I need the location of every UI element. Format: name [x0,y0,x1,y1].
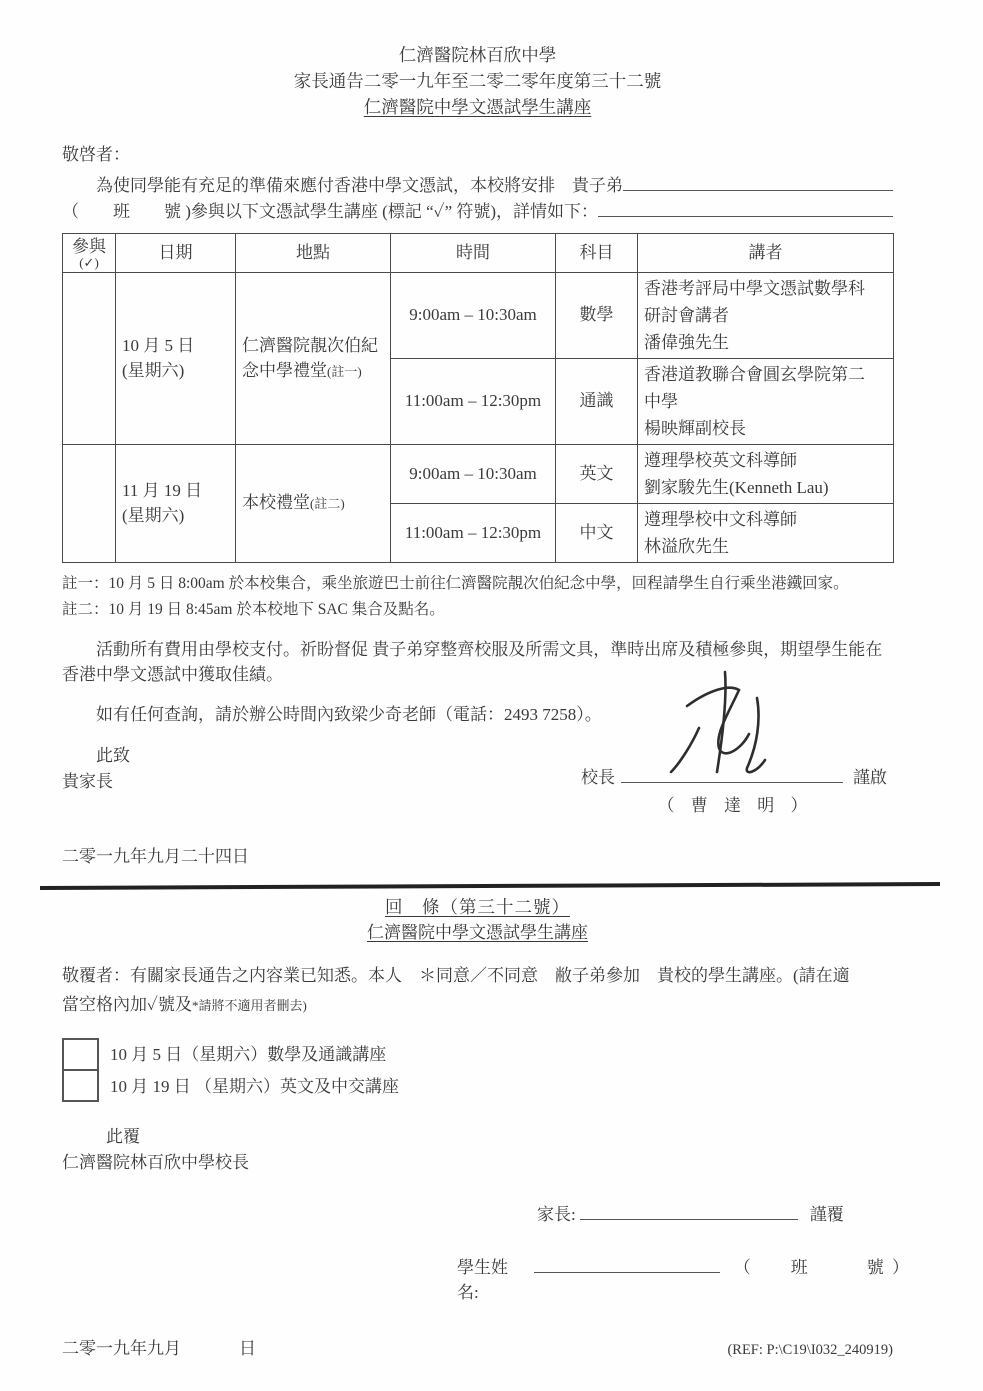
date-cell: 10 月 5 日 (星期六) [116,272,236,444]
student-name-label: 學生姓名: [457,1255,528,1306]
intro-text-2: （ 班 號 )參與以下文憑試學生講座 (標記 “✓” 符號)，詳情如下： [62,199,598,225]
footnote-2: 註二：10 月 19 日 8:45am 於本校地下 SAC 集合及點名。 [62,597,893,623]
student-name-blank[interactable] [623,172,893,191]
reply-closing-phrase: 此覆 [106,1124,893,1150]
participate-checkmark-hint: (✓) [65,256,113,270]
salutation: 敬啓者： [62,142,893,168]
header-date: 日期 [116,233,236,272]
participate-cell-oct5[interactable] [63,272,116,444]
notice-date: 二零一九年九月二十四日 [62,844,893,870]
date-cell: 11 月 19 日 (星期六) [116,444,236,562]
reply-line-2-text: 當空格內加✓號及 [62,995,192,1014]
intro-line-1: 為使同學能有充足的準備來應付香港中學文憑試，本校將安排 貴子弟 [62,172,893,199]
reply-closing-recipient: 仁濟醫院林百欣中學校長 [62,1150,893,1176]
venue-name: 本校禮堂 [242,493,310,512]
speaker-cell: 遵理學校英文科導師 劉家駿先生(Kenneth Lau) [638,444,894,503]
notice-title: 仁濟醫院中學文憑試學生講座 [62,94,893,120]
time-cell: 11:00am – 12:30pm [391,503,556,562]
student-name-line: 學生姓名: （ 班 號 ） [457,1254,907,1306]
parent-sign-line: 家長: 謹覆 [537,1201,907,1228]
checkbox-oct5-lecture[interactable] [62,1038,99,1071]
reply-slip-title: 回 條（第三十二號） [62,894,893,920]
lecture-schedule-table: 參與 (✓) 日期 地點 時間 科目 講者 10 月 5 日 (星期六) 仁濟醫… [62,233,894,563]
speaker-cell: 香港道教聯合會圓玄學院第二 中學 楊映輝副校長 [638,358,894,444]
class-number-blank[interactable] [598,198,893,217]
header-subject: 科目 [556,233,638,272]
signature-block: 校長 謹啟 （ 曹 達 明 ） [581,764,911,818]
participate-label: 參與 [65,238,113,256]
reply-line-2: 當空格內加✓號及*請將不適用者刪去) [62,990,893,1020]
header-participate: 參與 (✓) [63,233,116,272]
reply-date-prefix: 二零一九年九月 [62,1336,181,1362]
reference-code: (REF: P:\C19\I032_240919) [727,1340,893,1362]
option-row-oct19: 10 月 19 日 （星期六）英文及中交講座 [62,1071,893,1102]
parent-label: 家長: [537,1202,576,1228]
header-time: 時間 [391,233,556,272]
venue-cell: 仁濟醫院靚次伯紀念中學禮堂(註一) [236,272,391,444]
session-row: 10 月 5 日 (星期六) 仁濟醫院靚次伯紀念中學禮堂(註一) 9:00am … [63,272,894,358]
subject-cell: 數學 [556,272,638,358]
table-header-row: 參與 (✓) 日期 地點 時間 科目 講者 [63,233,894,272]
footnote-1: 註一：10 月 5 日 8:00am 於本校集合，乘坐旅遊巴士前往仁濟醫院靚次伯… [62,571,893,597]
subject-cell: 中文 [556,503,638,562]
subject-cell: 英文 [556,444,638,503]
bottom-line: 二零一九年九月 日 (REF: P:\C19\I032_240919) [62,1336,893,1362]
header-speaker: 講者 [638,233,894,272]
time-cell: 11:00am – 12:30pm [391,358,556,444]
lecture-options: 10 月 5 日（星期六）數學及通識講座 10 月 19 日 （星期六）英文及中… [62,1038,893,1102]
notice-page: 仁濟醫院林百欣中學 家長通告二零一九年至二零二零年度第三十二號 仁濟醫院中學文憑… [0,0,983,1391]
option-label-oct19: 10 月 19 日 （星期六）英文及中交講座 [110,1074,399,1100]
footnotes: 註一：10 月 5 日 8:00am 於本校集合，乘坐旅遊巴士前往仁濟醫院靚次伯… [62,571,893,623]
principal-name: （ 曹 達 明 ） [623,793,848,819]
parent-respectfully-label: 謹覆 [810,1202,844,1228]
intro-line-2: （ 班 號 )參與以下文憑試學生講座 (標記 “✓” 符號)，詳情如下： [62,198,893,225]
intro-text-1: 為使同學能有充足的準備來應付香港中學文憑試，本校將安排 貴子弟 [62,173,623,199]
reply-body: 敬覆者：有關家長通告之内容業已知悉。本人 ＊同意／不同意 敝子弟參加 貴校的學生… [62,961,893,1020]
speaker-cell: 遵理學校中文科導師 林溢欣先生 [638,503,894,562]
reply-date-day: 日 [239,1336,256,1362]
student-name-fill-blank[interactable] [534,1254,720,1273]
venue-cell: 本校禮堂(註二) [236,444,391,562]
participate-cell-nov19[interactable] [63,444,116,562]
reply-line-1: 敬覆者：有關家長通告之内容業已知悉。本人 ＊同意／不同意 敝子弟參加 貴校的學生… [62,961,893,990]
notice-number: 家長通告二零一九年至二零二零年度第三十二號 [62,68,893,94]
reply-line-2-smalltext: *請將不適用者刪去) [192,998,307,1013]
session-row: 11 月 19 日 (星期六) 本校禮堂(註二) 9:00am – 10:30a… [63,444,894,503]
header-venue: 地點 [236,233,391,272]
option-label-oct5: 10 月 5 日（星期六）數學及通識講座 [110,1042,386,1068]
venue-footnote-ref: (註二) [310,496,345,511]
respectfully-label: 謹啟 [853,765,887,791]
document-header: 仁濟醫院林百欣中學 家長通告二零一九年至二零二零年度第三十二號 仁濟醫院中學文憑… [62,42,893,120]
reply-slip-header: 回 條（第三十二號） 仁濟醫院中學文憑試學生講座 [62,894,893,946]
tear-off-divider [40,882,940,890]
subject-cell: 通識 [556,358,638,444]
parent-signature-blank[interactable] [580,1201,798,1220]
principal-signature [629,668,809,778]
checkbox-oct19-lecture[interactable] [62,1069,99,1102]
time-cell: 9:00am – 10:30am [391,272,556,358]
venue-footnote-ref: (註一) [327,364,362,379]
school-name: 仁濟醫院林百欣中學 [62,42,893,68]
principal-label: 校長 [581,765,615,791]
option-row-oct5: 10 月 5 日（星期六）數學及通識講座 [62,1038,893,1071]
speaker-cell: 香港考評局中學文憑試數學科 研討會講者 潘偉強先生 [638,272,894,358]
student-class-number: （ 班 號 ） [734,1255,907,1281]
reply-slip-subtitle: 仁濟醫院中學文憑試學生講座 [62,920,893,946]
time-cell: 9:00am – 10:30am [391,444,556,503]
